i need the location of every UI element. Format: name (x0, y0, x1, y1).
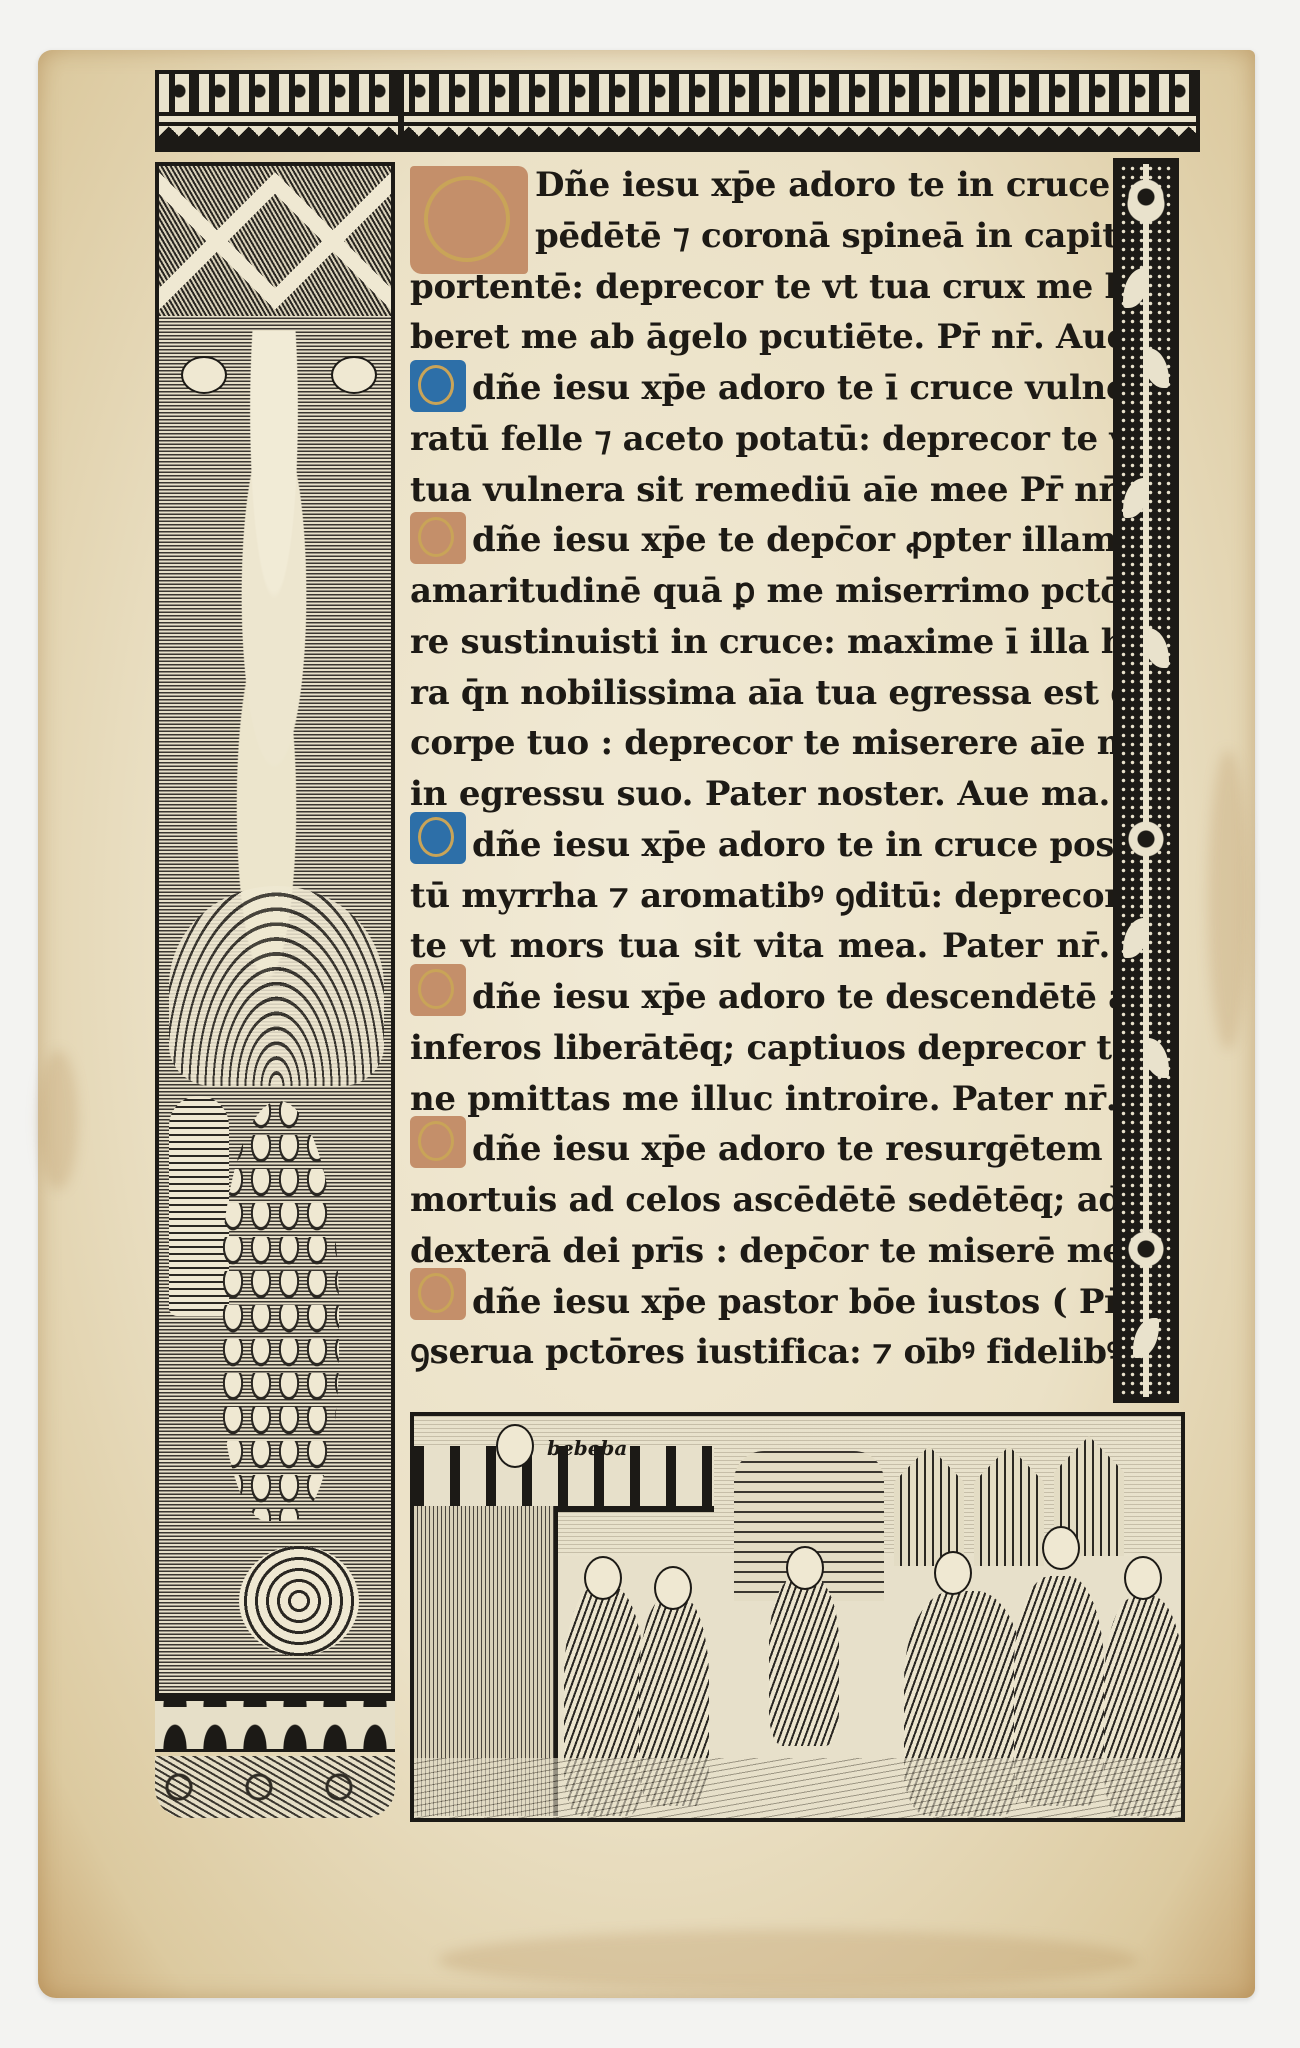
text-line: dexterā dei prīs : depc̄or te miserē mei… (410, 1226, 1110, 1276)
text-line: ne pmittas me illuc introire. Pater nr̄. (410, 1074, 1110, 1124)
wings (169, 886, 384, 1086)
text-line: corpe tuo : deprecor te miserere aīe mee (410, 718, 1110, 768)
bottom-woodcut-scene: bebeba (410, 1412, 1185, 1822)
speech-banner-text: bebeba (547, 1436, 627, 1460)
frieze-trefoils (159, 74, 1196, 112)
text-line: ꝯserua pctōres iustifica: ⁊ oībꝰ fidelib… (410, 1327, 1110, 1377)
text-line: dñe iesu xp̄e adoro te resurgētem a (472, 1124, 1110, 1174)
text-line: ratū felle ⁊ aceto potatū: deprecor te v… (410, 414, 1110, 464)
figure-head (1042, 1526, 1080, 1570)
text-line: portentē: deprecor te vt tua crux me li- (410, 262, 1110, 312)
text-line: dñe iesu xp̄e adoro te ī cruce vulne (472, 363, 1110, 413)
illuminated-initial-blue (410, 360, 466, 412)
right-vine-border (1113, 158, 1179, 1403)
flower-ornament (1125, 818, 1167, 860)
bottom-stain (438, 1930, 1138, 1990)
left-woodcut-panel (155, 162, 395, 1697)
frieze-divider (398, 70, 404, 152)
foliage-frieze (155, 1756, 395, 1818)
text-line: dñe iesu xp̄e pastor bōe iustos ( Pr̄. (472, 1277, 1110, 1327)
edge-stain (38, 1050, 78, 1190)
figure-head (654, 1566, 692, 1610)
frieze-bar (159, 116, 1196, 122)
text-line: dñe iesu xp̄e te depc̄or ꝓpter illam (472, 515, 1110, 565)
text-line: ra q̄n nobilissima aīa tua egressa est d… (410, 668, 1110, 718)
text-line: amaritudinē quā ꝑ me miserrimo pctō (410, 566, 1110, 616)
scene-ground (414, 1758, 1181, 1818)
illuminated-initial-gold (410, 512, 466, 564)
text-line: Dñe iesu xp̄e adoro te in cruce (535, 160, 1110, 210)
text-line: in egressu suo. Pater noster. Aue ma. (410, 769, 1110, 819)
text-line: beret me ab āgelo pcutiēte. Pr̄ nr̄. Aue (410, 312, 1110, 362)
text-line: dñe iesu xp̄e adoro te in cruce posi- (472, 820, 1110, 870)
illuminated-initial-gold (410, 166, 528, 274)
lookout-figure-head (496, 1424, 534, 1468)
figure-head (1124, 1556, 1162, 1600)
scaled-serpent-body (219, 1101, 339, 1521)
left-panel-base-ornament (155, 1697, 395, 1822)
flower-ornament (1125, 176, 1167, 218)
frieze-triangles (159, 126, 1196, 148)
flower-ornament (1125, 1228, 1167, 1270)
illuminated-initial-blue (410, 812, 466, 864)
text-line: inferos liberātēq; captiuos deprecor te (410, 1023, 1110, 1073)
text-line: te vt mors tua sit vita mea. Pater nr̄. (410, 921, 1110, 971)
text-line: tua vulnera sit remediū aīe mee Pr̄ nr̄ (410, 465, 1110, 515)
text-line: tū myrrha ⁊ aromatibꝰ ꝯditū: deprecor (410, 871, 1110, 921)
text-line: re sustinuisti in cruce: maxime ī illa h… (410, 617, 1110, 667)
text-line: dñe iesu xp̄e adoro te descendētē ad (472, 972, 1110, 1022)
text-line: pēdētē ⁊ coronā spineā in capite (535, 211, 1110, 261)
illuminated-initial-gold (410, 964, 466, 1016)
figure-head (584, 1556, 622, 1600)
top-ornamental-border (155, 70, 1200, 152)
arch-frieze (155, 1701, 395, 1752)
edge-stain (1208, 750, 1248, 1050)
text-line: mortuis ad celos ascēdētē sedētēq; ad (410, 1175, 1110, 1225)
serpent-coil (239, 1546, 359, 1656)
dancing-man (769, 1576, 839, 1746)
figure-head (934, 1551, 972, 1595)
figure-head (786, 1546, 824, 1590)
gothic-canopy (159, 166, 391, 316)
prayer-text-column: Dñe iesu xp̄e adoro te in cruce pēdētē ⁊… (410, 160, 1110, 1410)
